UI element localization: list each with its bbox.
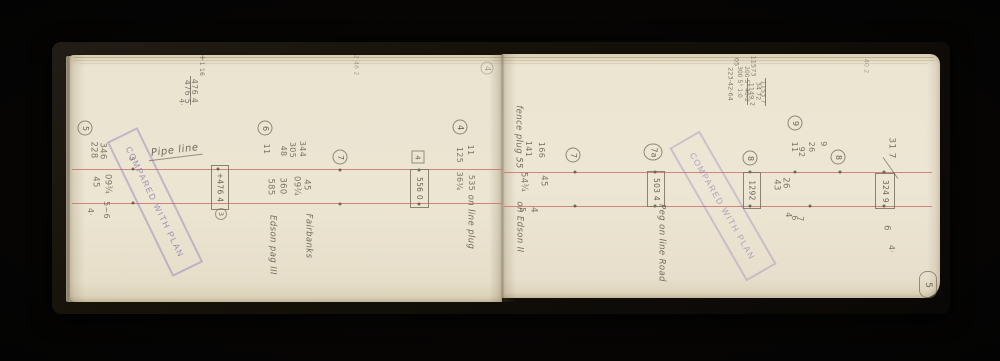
station-number: 6: [261, 125, 269, 130]
pencil-note: 125: [455, 147, 463, 163]
arithmetic-note: 40 2: [863, 59, 870, 73]
cursive-note: Edson pag III: [268, 215, 277, 275]
station-circle: 7: [333, 150, 348, 165]
station-circle: 5: [78, 121, 93, 136]
station-circle: 4: [481, 62, 494, 75]
boxed-value-text: 324 9: [881, 180, 890, 203]
pencil-note: 09¾: [292, 176, 301, 196]
boxed-value: 1292: [743, 172, 761, 209]
station-circle: 7: [566, 148, 581, 163]
boxed-value: +476 4: [211, 165, 229, 210]
pencil-note: 09¾: [103, 174, 112, 194]
station-circle: 9: [788, 116, 803, 131]
station-dot: [574, 205, 577, 208]
cursive-note: fence plug 55: [514, 105, 523, 168]
fraction-bar: [765, 78, 766, 106]
pencil-note: 6: [882, 225, 891, 231]
pencil-note: +: [198, 54, 206, 61]
pencil-note: 476 4: [190, 79, 198, 103]
pencil-note: 26: [781, 177, 790, 188]
page-edge-line: [80, 63, 928, 64]
pencil-note: 5~6: [102, 201, 110, 219]
pencil-note: 45: [302, 179, 311, 190]
fraction-bar: [190, 76, 191, 105]
station-number: 4: [414, 155, 422, 159]
pencil-note: 305: [288, 142, 296, 158]
cursive-note: on Edson II: [515, 201, 524, 252]
cursive-note: Peg on line Road: [657, 204, 666, 282]
pencil-note: 36¾: [455, 172, 463, 191]
pencil-note: 5: [128, 157, 135, 162]
station-number: 4: [456, 124, 464, 129]
station-dot: [809, 205, 812, 208]
station-dot: [339, 169, 342, 172]
page-gutter: [489, 54, 516, 302]
arithmetic-note: 300 5° 1:0: [736, 66, 742, 98]
pencil-note: 43: [772, 179, 781, 190]
pencil-note: 48: [279, 146, 287, 157]
station-number: 8: [834, 154, 842, 159]
station-circle: 7a: [644, 144, 663, 161]
station-circle: 8: [831, 150, 846, 165]
station-dot: [839, 171, 842, 174]
pencil-note: 4: [529, 207, 538, 213]
pencil-note: 11: [262, 144, 270, 155]
arithmetic-note: 05: [733, 58, 740, 66]
station-number: 7: [569, 152, 577, 157]
station-number: 8: [746, 155, 754, 160]
pencil-note: 585: [266, 178, 275, 195]
boxed-value: 503 4: [647, 171, 665, 207]
scanner-bed: COMPARED WITH PLAN COMPARED WITH PLAN Pi…: [0, 0, 1000, 361]
pencil-note: 360: [278, 177, 287, 194]
fraction-bar: [747, 78, 748, 105]
page-number: 5: [923, 282, 933, 288]
arithmetic-note: 2 46 2: [353, 55, 360, 76]
pencil-note: 535: [467, 175, 475, 191]
arithmetic-note: 11573: [750, 56, 757, 77]
pencil-note: 141: [524, 141, 532, 157]
station-number: 7: [336, 154, 344, 159]
boxed-value: 556 0: [410, 169, 429, 208]
boxed-value-text: 556 0: [415, 177, 424, 200]
pencil-note: 4·: [178, 98, 185, 105]
pencil-note: 54¾: [519, 172, 528, 192]
pencil-note: 7: [796, 216, 804, 221]
pencil-note: 45: [539, 175, 548, 186]
pencil-note: 11: [466, 145, 474, 156]
station-number: 7a: [649, 147, 657, 157]
pencil-note: 344: [298, 141, 306, 157]
boxed-value-text: +476 4: [216, 173, 225, 203]
station-circle: 8: [743, 151, 758, 166]
station-dot: [339, 203, 342, 206]
arithmetic-note: 2: [749, 102, 756, 106]
boxed-value-text: 1292: [748, 180, 757, 200]
station-number: 3: [217, 212, 225, 216]
station-square: 4: [412, 151, 425, 164]
station-dot: [132, 202, 135, 205]
pencil-note: 26: [807, 142, 815, 153]
station-circle: 4: [453, 120, 468, 135]
boxed-value: 324 9: [875, 173, 895, 209]
cursive-note: on line plug: [466, 195, 475, 250]
station-number: 9: [791, 120, 799, 125]
cursive-note: Fairbanks: [304, 214, 313, 259]
station-number: 4: [483, 65, 491, 70]
pencil-note: 228: [89, 141, 98, 158]
pencil-note: 4·: [86, 208, 94, 216]
station-dot: [574, 171, 577, 174]
pencil-note: 346: [98, 142, 107, 159]
pencil-note: 9: [819, 141, 827, 146]
pencil-note: 45: [91, 176, 100, 187]
arithmetic-note: 223-42-64: [727, 67, 734, 101]
pencil-note: 166: [537, 142, 545, 158]
pencil-note: 1 16: [198, 62, 204, 77]
page-number-box: 5: [919, 271, 937, 298]
boxed-value-text: 503 4: [652, 178, 661, 201]
station-dot: [794, 171, 797, 174]
pencil-note: 4·: [887, 245, 895, 253]
pencil-note: 92: [797, 147, 805, 158]
station-number: 5: [81, 125, 89, 130]
station-circle: 6: [258, 121, 273, 136]
pencil-note: 31 7: [887, 137, 896, 158]
